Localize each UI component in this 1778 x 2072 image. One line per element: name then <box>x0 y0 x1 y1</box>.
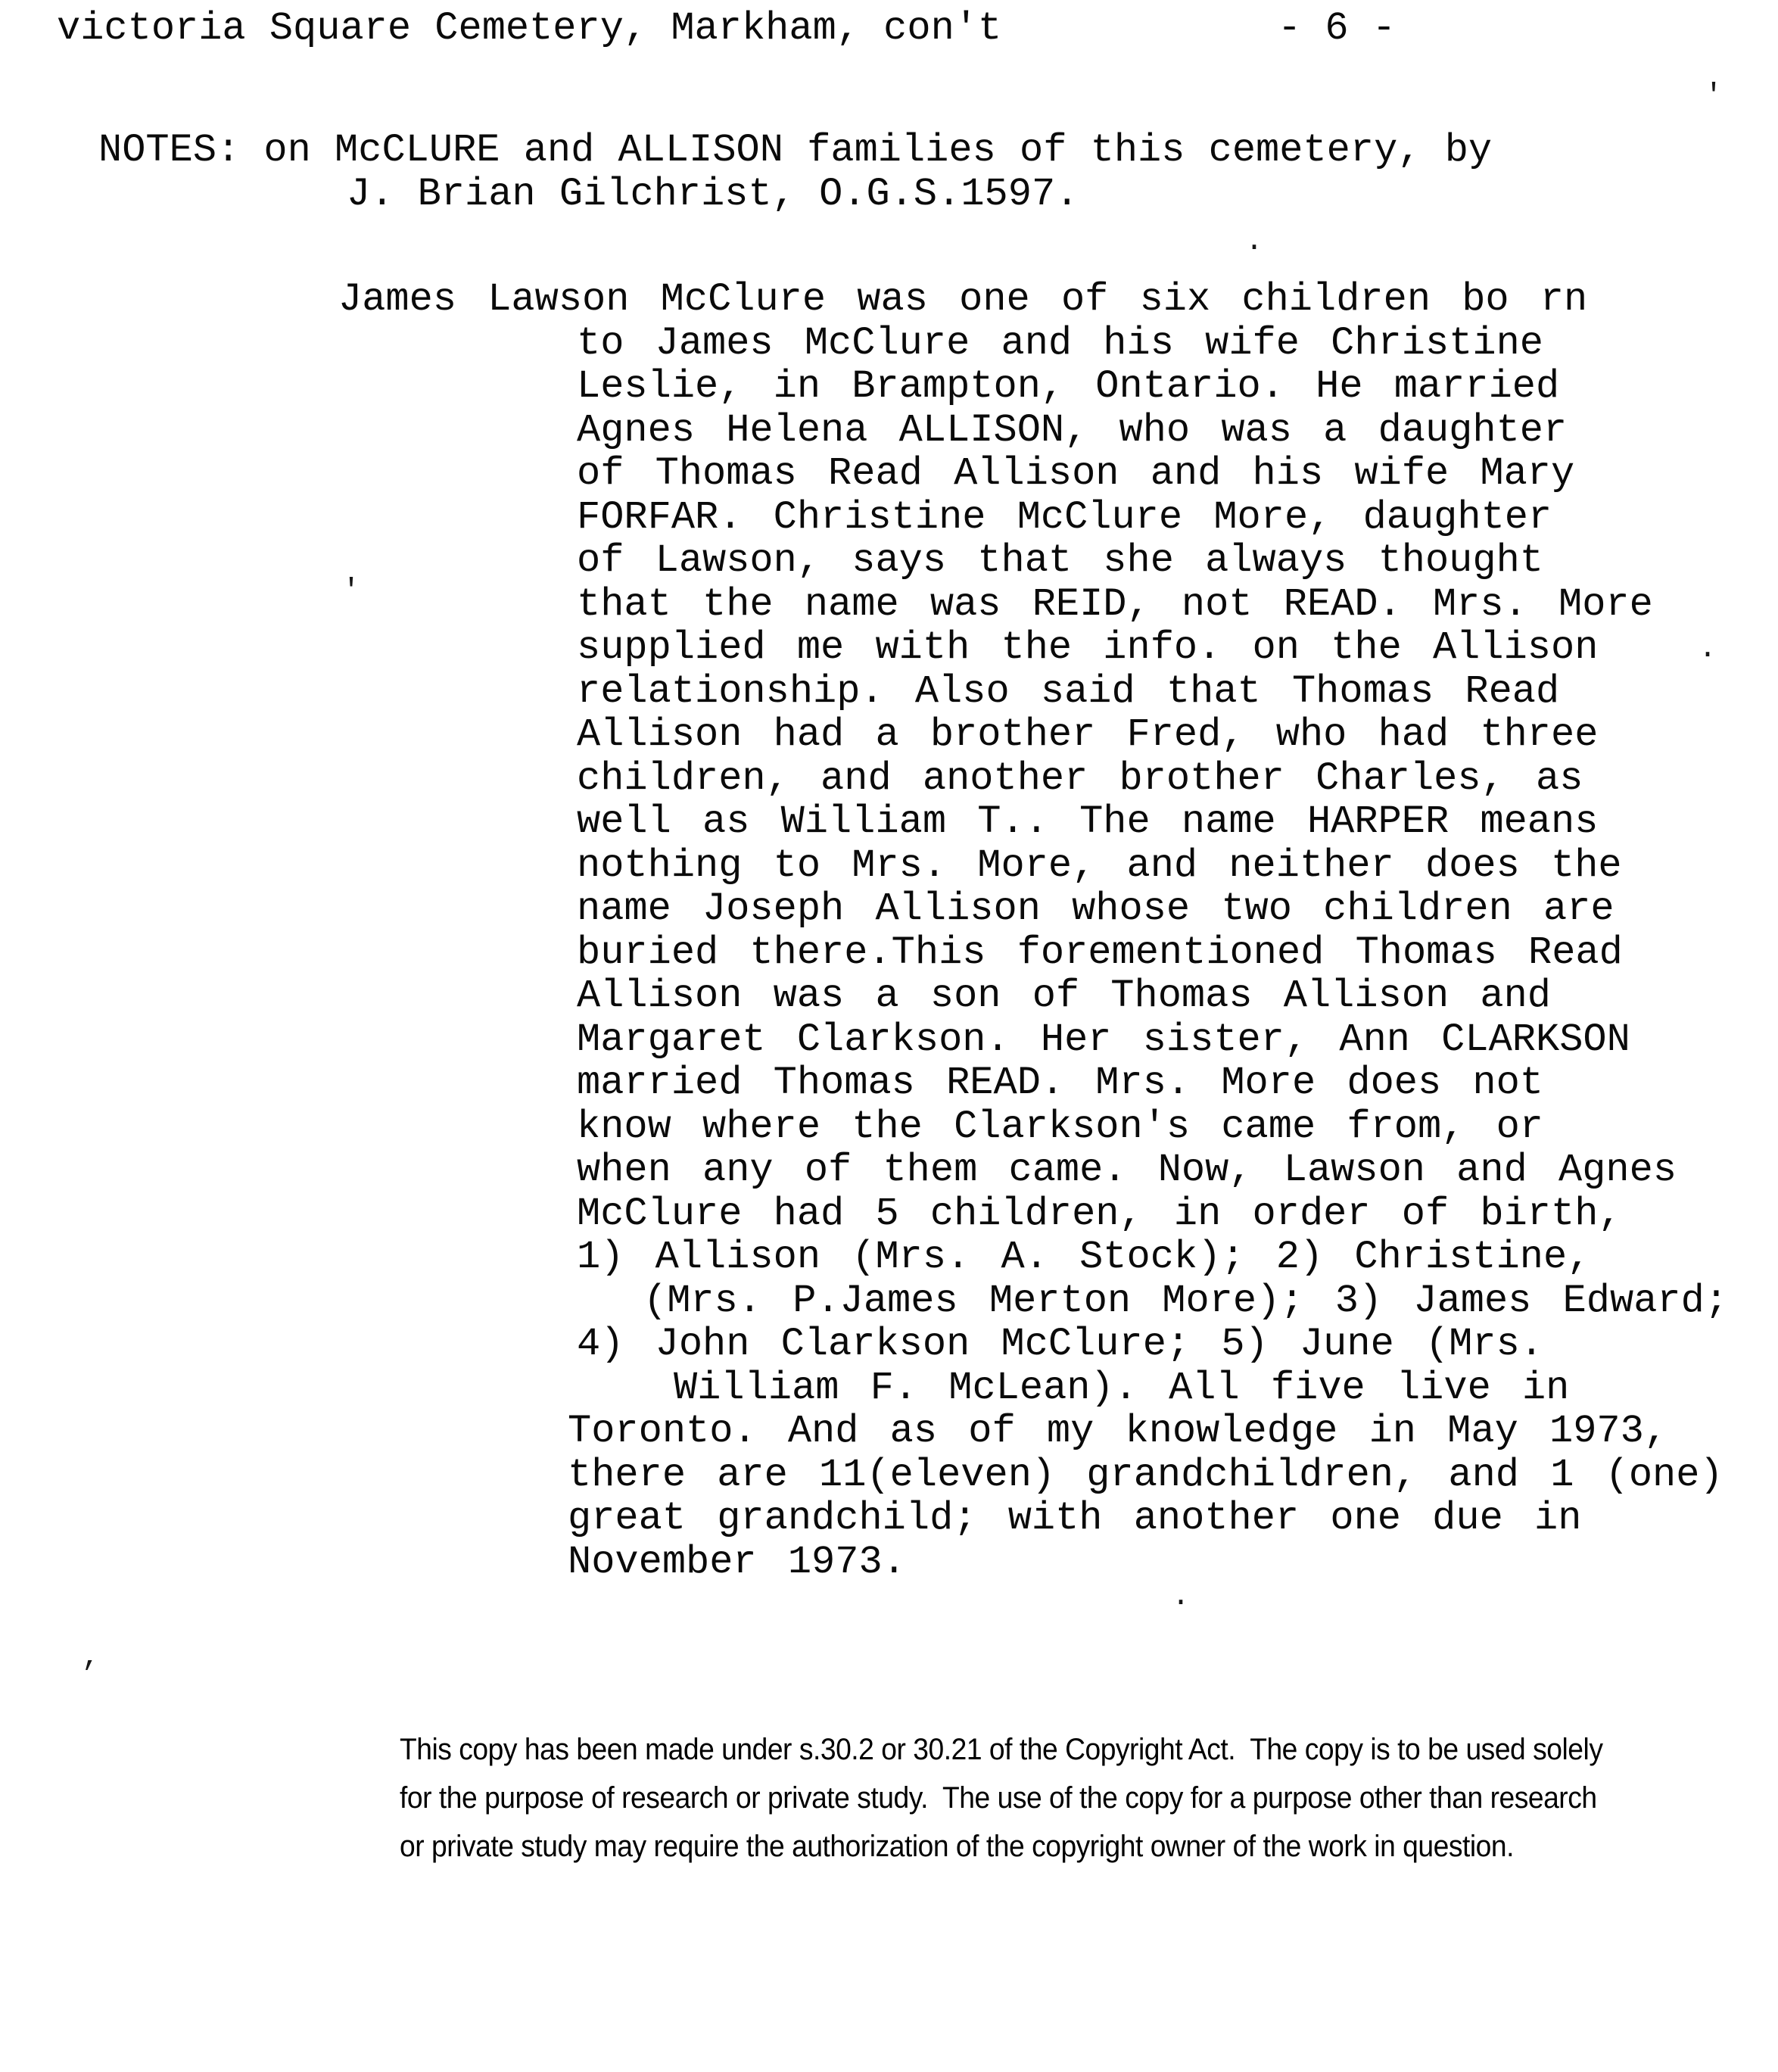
scanned-document-page: victoria Square Cemetery, Markham, con't… <box>0 0 1778 2072</box>
body-line: Margaret Clarkson. Her sister, Ann CLARK… <box>0 1018 1728 1062</box>
scan-artifact-mark: . <box>1699 634 1717 665</box>
page-number: - 6 - <box>1278 7 1396 51</box>
body-line: that the name was REID, not READ. Mrs. M… <box>0 583 1728 627</box>
body-line: well as William T.. The name HARPER mean… <box>0 800 1728 844</box>
body-line: November 1973. <box>0 1541 1728 1584</box>
body-line: William F. McLean). All five live in <box>0 1366 1728 1410</box>
body-line: buried there.This forementioned Thomas R… <box>0 931 1728 975</box>
scan-artifact-mark: ' <box>1705 82 1723 112</box>
document-title: victoria Square Cemetery, Markham, con't <box>57 7 1001 51</box>
body-line: children, and another brother Charles, a… <box>0 757 1728 801</box>
document-header: victoria Square Cemetery, Markham, con't… <box>0 7 1778 52</box>
scan-artifact-mark: , <box>82 1643 100 1673</box>
body-text: James Lawson McClure was one of six chil… <box>0 278 1728 1584</box>
body-line: of Lawson, says that she always thought <box>0 539 1728 583</box>
copyright-notice: This copy has been made under s.30.2 or … <box>400 1725 1602 1871</box>
body-line: nothing to Mrs. More, and neither does t… <box>0 844 1728 888</box>
body-line: to James McClure and his wife Christine <box>0 322 1728 366</box>
body-line: know where the Clarkson's came from, or <box>0 1105 1728 1149</box>
scan-artifact-mark: ' <box>342 577 360 607</box>
notes-byline: J. Brian Gilchrist, O.G.S.1597. <box>347 173 1079 217</box>
body-line: Allison was a son of Thomas Allison and <box>0 974 1728 1018</box>
notes-heading: NOTES: on McCLURE and ALLISON families o… <box>98 129 1492 173</box>
body-line: James Lawson McClure was one of six chil… <box>0 278 1728 322</box>
body-line: supplied me with the info. on the Alliso… <box>0 626 1728 670</box>
body-line: FORFAR. Christine McClure More, daughter <box>0 496 1728 540</box>
body-line: Allison had a brother Fred, who had thre… <box>0 713 1728 757</box>
copyright-line: or private study may require the authori… <box>400 1822 1602 1871</box>
body-line: 1) Allison (Mrs. A. Stock); 2) Christine… <box>0 1235 1728 1279</box>
body-line: great grandchild; with another one due i… <box>0 1497 1728 1541</box>
body-line: there are 11(eleven) grandchildren, and … <box>0 1454 1728 1497</box>
scan-artifact-mark: . <box>1245 227 1263 257</box>
body-line: name Joseph Allison whose two children a… <box>0 887 1728 931</box>
body-line: Agnes Helena ALLISON, who was a daughter <box>0 409 1728 453</box>
body-line: McClure had 5 children, in order of birt… <box>0 1192 1728 1236</box>
body-line: (Mrs. P.James Merton More); 3) James Edw… <box>0 1279 1728 1323</box>
body-line: Leslie, in Brampton, Ontario. He married <box>0 365 1728 409</box>
copyright-line: This copy has been made under s.30.2 or … <box>400 1725 1602 1774</box>
body-line: married Thomas READ. Mrs. More does not <box>0 1061 1728 1105</box>
scan-artifact-mark: . <box>1172 1582 1190 1612</box>
body-line: relationship. Also said that Thomas Read <box>0 670 1728 714</box>
body-line: Toronto. And as of my knowledge in May 1… <box>0 1410 1728 1454</box>
copyright-line: for the purpose of research or private s… <box>400 1774 1602 1822</box>
body-line: of Thomas Read Allison and his wife Mary <box>0 452 1728 496</box>
body-line: when any of them came. Now, Lawson and A… <box>0 1148 1728 1192</box>
body-line: 4) John Clarkson McClure; 5) June (Mrs. <box>0 1323 1728 1366</box>
